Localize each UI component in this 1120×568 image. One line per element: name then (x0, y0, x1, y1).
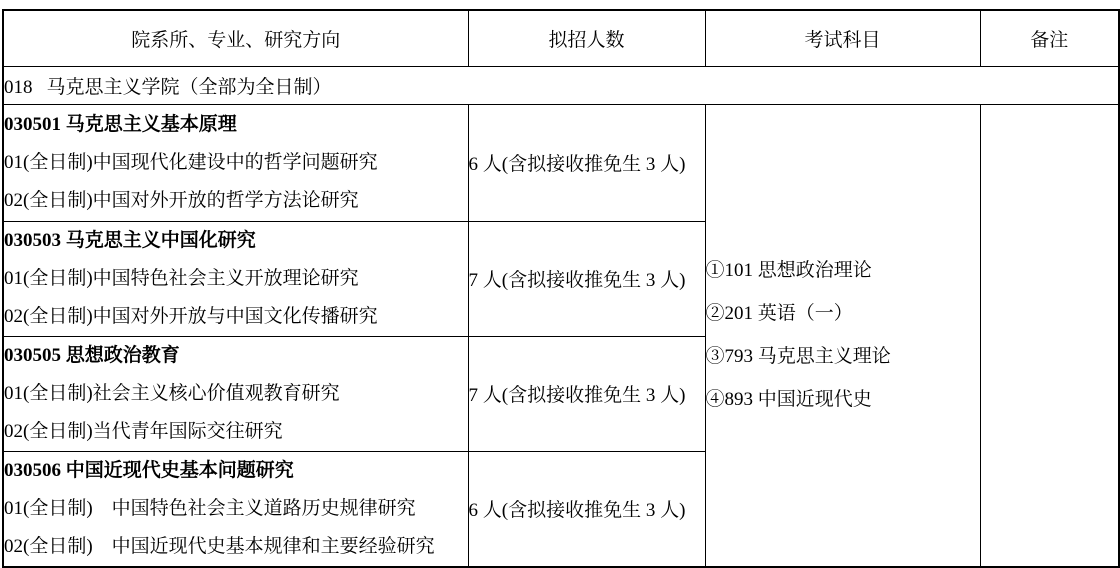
research-direction: 02(全日制)中国对外开放与中国文化传播研究 (4, 298, 468, 336)
exam-subject: ③793 马克思主义理论 (706, 335, 980, 378)
exam-subject: ①101 思想政治理论 (706, 249, 980, 292)
research-direction: 01(全日制) 中国特色社会主义道路历史规律研究 (4, 490, 468, 528)
column-header-exam-subjects: 考试科目 (705, 10, 980, 66)
major-code-title: 030505 思想政治教育 (4, 337, 468, 375)
school-group-cell: 018马克思主义学院（全部为全日制） (3, 66, 1119, 104)
quota-cell: 6 人(含拟接收推免生 3 人) (468, 451, 705, 567)
exam-subject: ④893 中国近现代史 (706, 378, 980, 421)
major-code-title: 030501 马克思主义基本原理 (4, 106, 468, 144)
header-row: 院系所、专业、研究方向 拟招人数 考试科目 备注 (3, 10, 1119, 66)
research-direction: 01(全日制)中国现代化建设中的哲学问题研究 (4, 144, 468, 182)
exam-subjects-cell: ①101 思想政治理论 ②201 英语（一） ③793 马克思主义理论 ④893… (705, 104, 980, 567)
research-direction: 02(全日制) 中国近现代史基本规律和主要经验研究 (4, 528, 468, 566)
column-header-department-major-direction: 院系所、专业、研究方向 (3, 10, 468, 66)
major-cell: 030505 思想政治教育 01(全日制)社会主义核心价值观教育研究 02(全日… (3, 336, 468, 451)
major-cell: 030503 马克思主义中国化研究 01(全日制)中国特色社会主义开放理论研究 … (3, 221, 468, 336)
school-group-row: 018马克思主义学院（全部为全日制） (3, 66, 1119, 104)
research-direction: 01(全日制)社会主义核心价值观教育研究 (4, 375, 468, 413)
exam-subject: ②201 英语（一） (706, 292, 980, 335)
quota-cell: 7 人(含拟接收推免生 3 人) (468, 221, 705, 336)
research-direction: 01(全日制)中国特色社会主义开放理论研究 (4, 260, 468, 298)
quota-cell: 7 人(含拟接收推免生 3 人) (468, 336, 705, 451)
major-code-title: 030503 马克思主义中国化研究 (4, 222, 468, 260)
major-cell: 030501 马克思主义基本原理 01(全日制)中国现代化建设中的哲学问题研究 … (3, 104, 468, 221)
quota-cell: 6 人(含拟接收推免生 3 人) (468, 104, 705, 221)
column-header-planned-enrollment: 拟招人数 (468, 10, 705, 66)
major-code-title: 030506 中国近现代史基本问题研究 (4, 452, 468, 490)
research-direction: 02(全日制)中国对外开放的哲学方法论研究 (4, 182, 468, 220)
school-code: 018 (4, 77, 33, 98)
major-row: 030501 马克思主义基本原理 01(全日制)中国现代化建设中的哲学问题研究 … (3, 104, 1119, 221)
major-cell: 030506 中国近现代史基本问题研究 01(全日制) 中国特色社会主义道路历史… (3, 451, 468, 567)
school-name: 马克思主义学院（全部为全日制） (47, 77, 332, 98)
remarks-cell (980, 104, 1119, 567)
research-direction: 02(全日制)当代青年国际交往研究 (4, 413, 468, 451)
admissions-table: 院系所、专业、研究方向 拟招人数 考试科目 备注 018马克思主义学院（全部为全… (2, 9, 1120, 568)
column-header-remarks: 备注 (980, 10, 1119, 66)
